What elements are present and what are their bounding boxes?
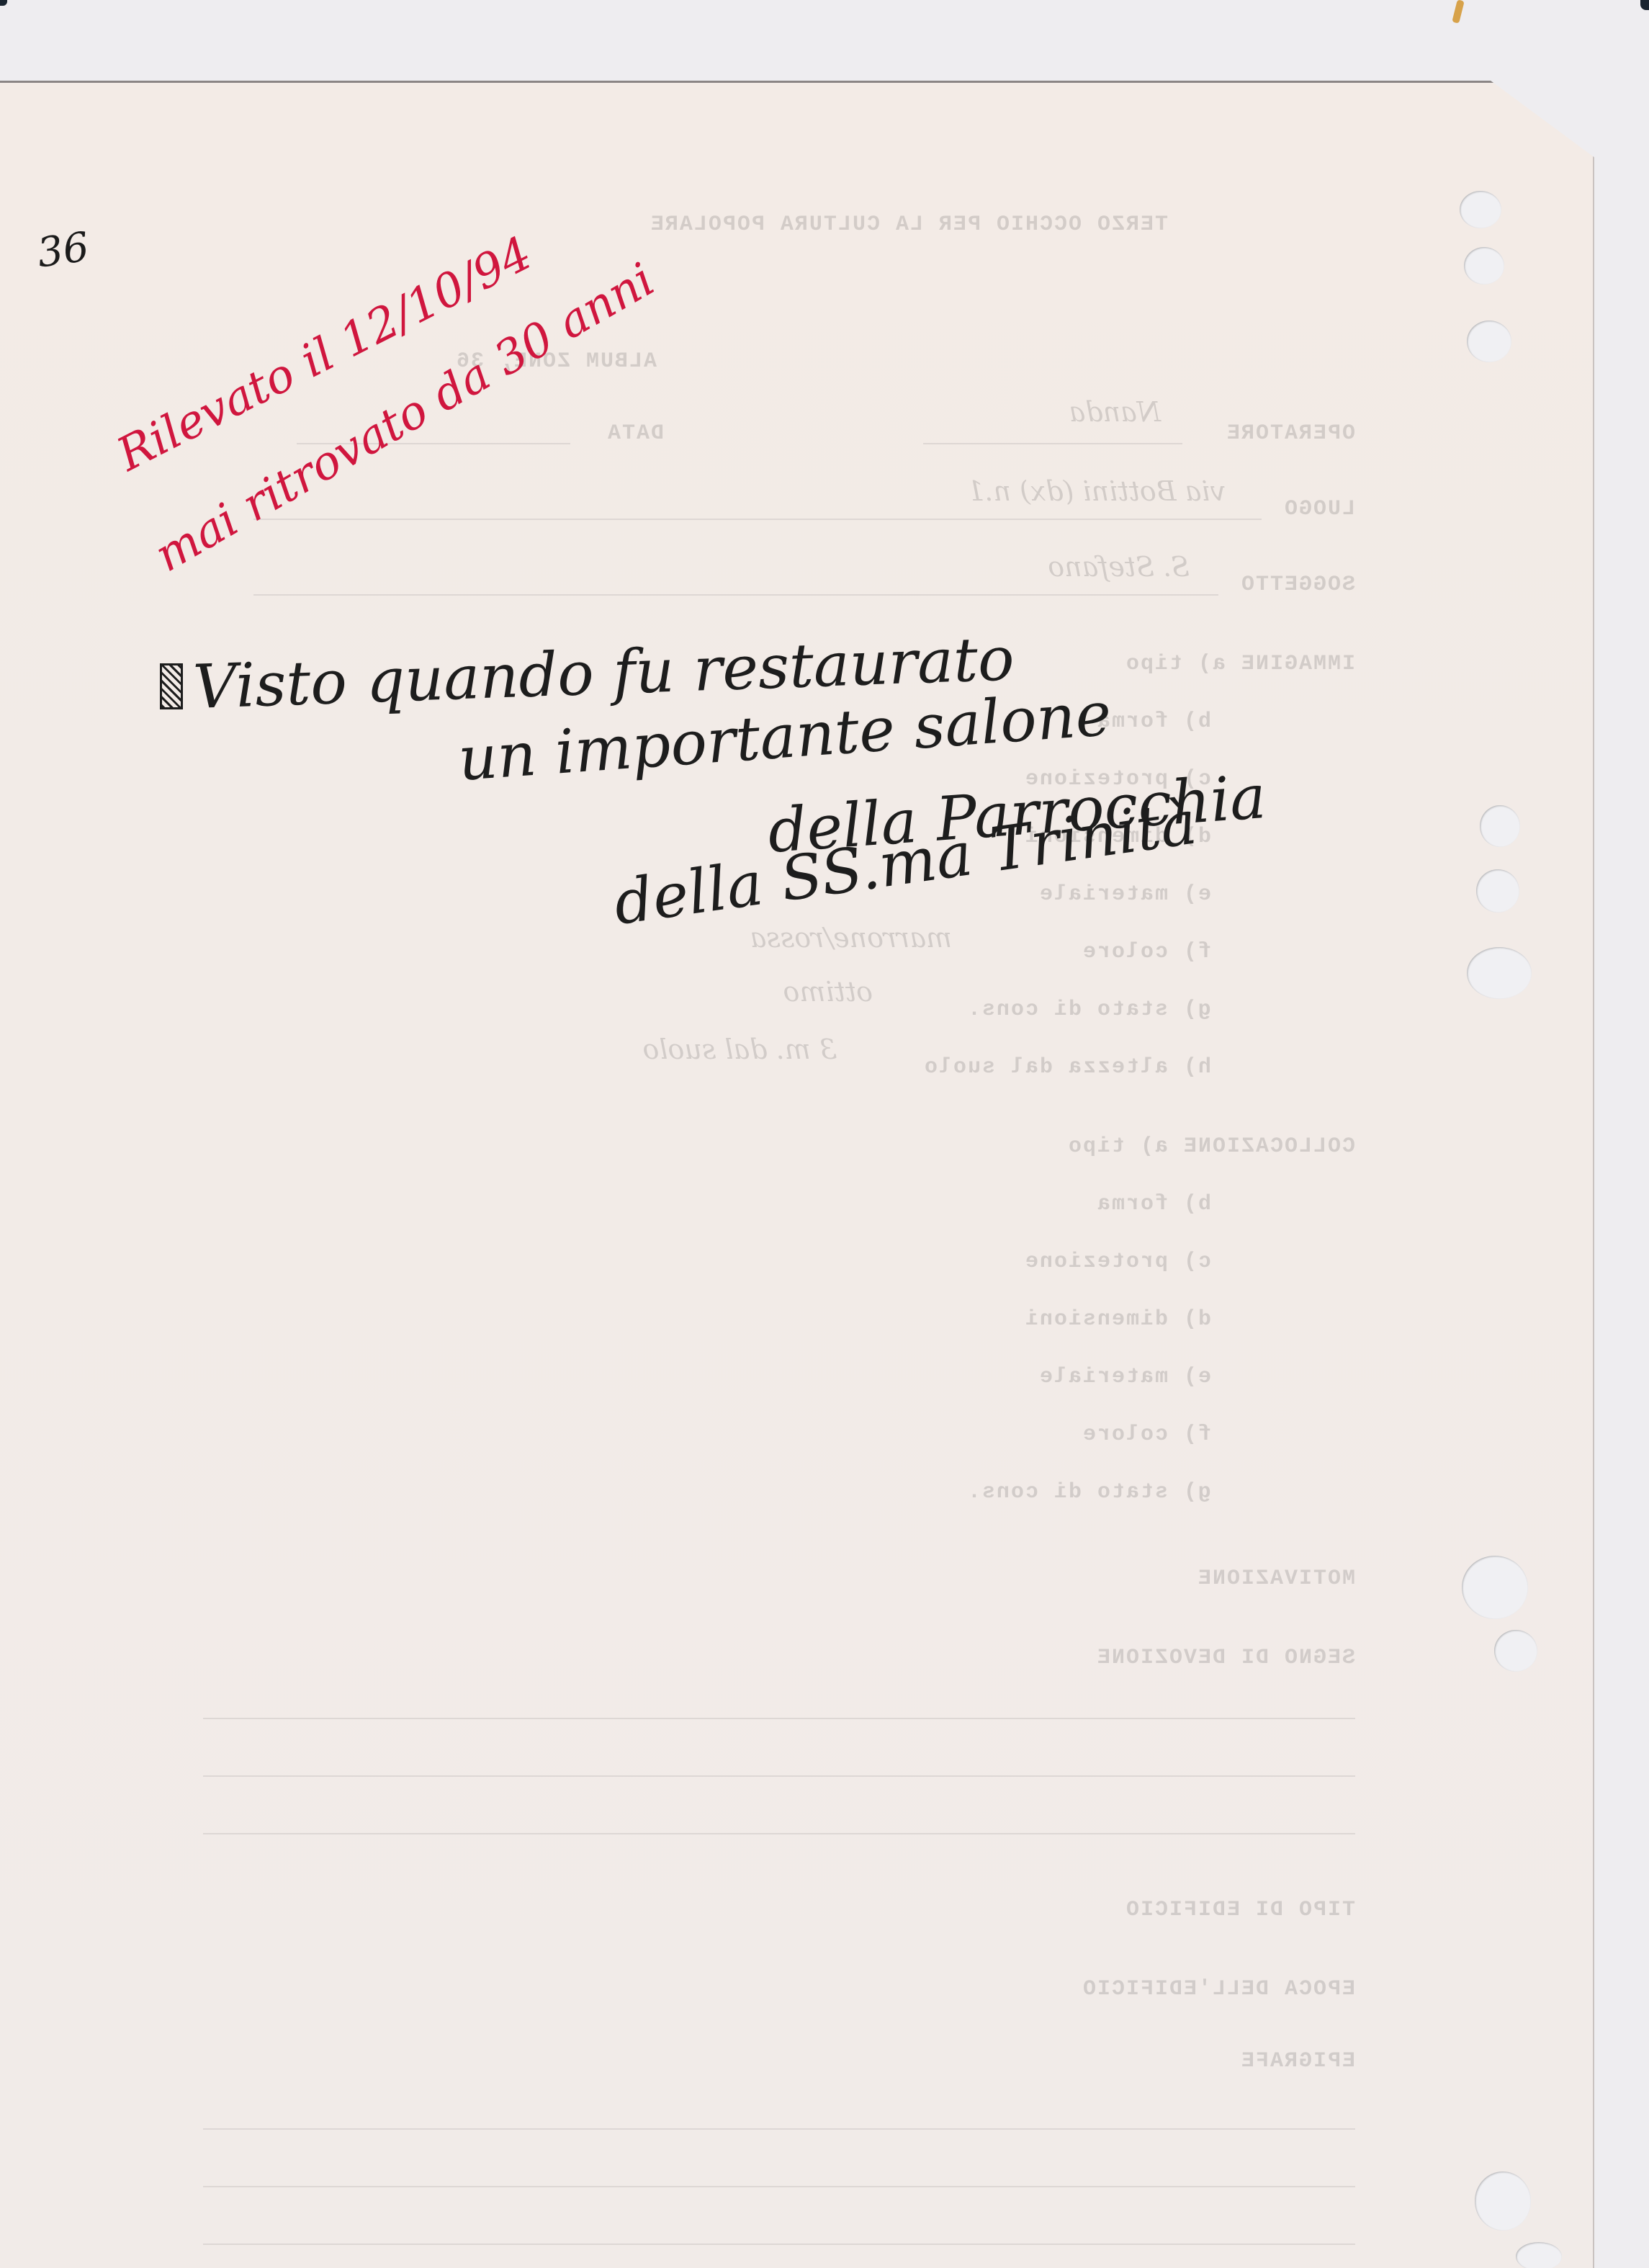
- scanner-corner-mark: [1640, 0, 1649, 10]
- field-f: f) colore: [1082, 940, 1211, 964]
- field-motivazione: MOTIVAZIONE: [1197, 1566, 1355, 1591]
- field-h: h) altezza dal suolo: [923, 1055, 1211, 1080]
- punch-hole: [1467, 321, 1511, 362]
- field-col-c: c) protezione: [1024, 1250, 1211, 1274]
- punch-hole: [1464, 247, 1504, 284]
- field-rule: [923, 443, 1182, 444]
- field-g: g) stato di cons.: [966, 998, 1211, 1022]
- punch-hole: [1476, 869, 1519, 913]
- field-rule: [203, 1775, 1355, 1777]
- value-colore: marrone/rossa: [750, 922, 952, 954]
- value-luogo: via Bottini (dx) n.1: [967, 475, 1226, 507]
- form-title: TERZO OCCHIO PER LA CULTURA POPOLARE: [650, 212, 1168, 237]
- field-collocazione: COLLOCAZIONE a) tipo: [1067, 1134, 1355, 1159]
- field-luogo: LUOGO: [1283, 497, 1355, 521]
- value-operatore: Nanda: [1069, 396, 1161, 428]
- field-rule: [203, 2186, 1355, 2187]
- field-immagine: IMMAGINE a) tipo: [1125, 652, 1355, 676]
- field-col-f: f) colore: [1082, 1422, 1211, 1447]
- field-rule: [203, 1833, 1355, 1834]
- field-rule: [253, 519, 1262, 520]
- field-rule: [203, 1718, 1355, 1719]
- field-tipo-edificio: TIPO DI EDIFICIO: [1125, 1898, 1355, 1922]
- field-b: b) forma: [1096, 709, 1211, 734]
- punch-hole: [1462, 1556, 1528, 1619]
- field-col-b: b) forma: [1096, 1192, 1211, 1216]
- field-rule: [203, 2244, 1355, 2245]
- paper-sheet: TERZO OCCHIO PER LA CULTURA POPOLARE ALB…: [0, 81, 1594, 2268]
- field-epigrafe: EPIGRAFE: [1240, 2049, 1355, 2074]
- field-operatore: OPERATORE: [1226, 421, 1355, 446]
- value-stato: ottimo: [783, 976, 873, 1008]
- field-rule: [203, 2128, 1355, 2130]
- page-number: 36: [35, 223, 92, 277]
- field-col-g: g) stato di cons.: [966, 1480, 1211, 1505]
- field-soggetto: SOGGETTO: [1240, 573, 1355, 597]
- value-altezza: 3 m. dal suolo: [642, 1034, 837, 1065]
- field-segno: SEGNO DI DEVOZIONE: [1096, 1646, 1355, 1670]
- hatched-bullet-icon: [160, 663, 183, 709]
- value-soggetto: S. Stefano: [1048, 551, 1190, 583]
- field-col-e: e) materiale: [1038, 1365, 1211, 1389]
- field-e: e) materiale: [1038, 882, 1211, 907]
- punch-hole: [1480, 805, 1520, 847]
- punch-hole: [1494, 1630, 1537, 1672]
- field-rule: [253, 594, 1218, 596]
- punch-hole: [1467, 947, 1532, 999]
- punch-hole: [1475, 2171, 1531, 2231]
- punch-hole: [1516, 2242, 1562, 2268]
- field-col-d: d) dimensioni: [1024, 1307, 1211, 1332]
- field-epoca: EPOCA DELL'EDIFICIO: [1082, 1977, 1355, 2002]
- punch-hole: [1460, 191, 1501, 228]
- field-data: DATA: [606, 421, 664, 446]
